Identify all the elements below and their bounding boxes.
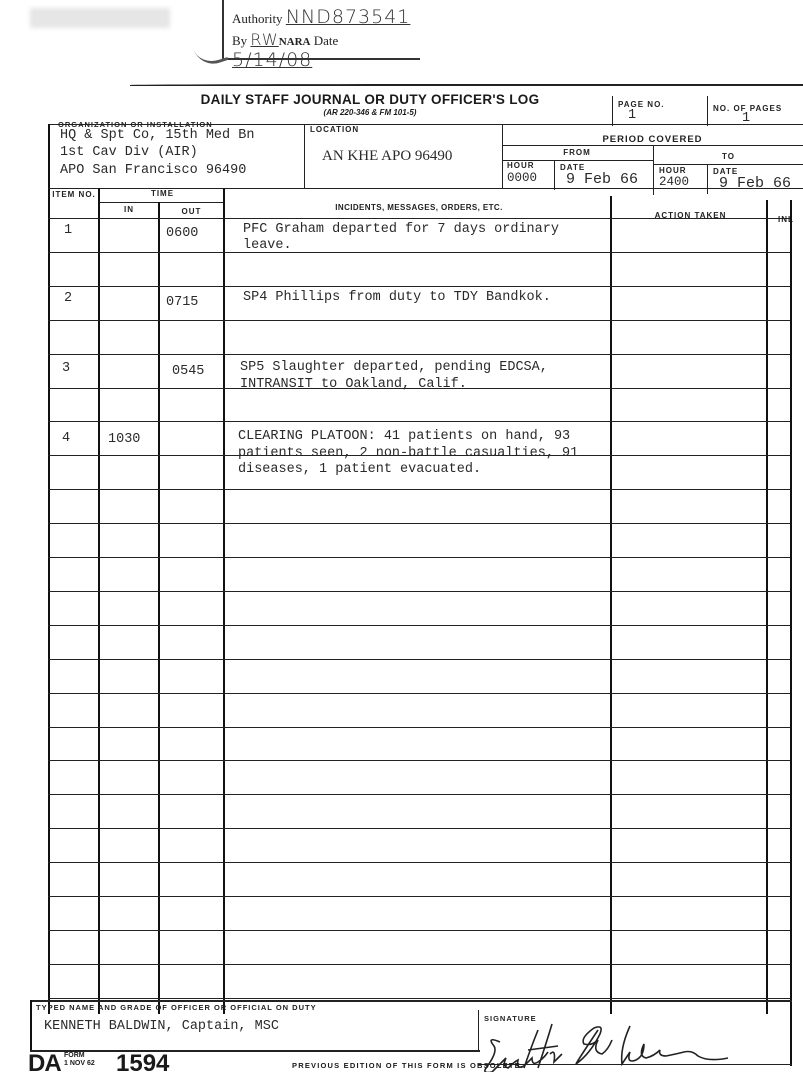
entry-3-out: 0545 bbox=[172, 364, 204, 379]
org-line-3: APO San Francisco 96490 bbox=[60, 163, 246, 178]
entry-4-line-3: diseases, 1 patient evacuated. bbox=[238, 462, 481, 477]
officer-name: KENNETH BALDWIN, Captain, MSC bbox=[44, 1019, 279, 1034]
divider bbox=[304, 124, 305, 188]
entry-1-line-2: leave. bbox=[243, 238, 292, 253]
row-rule bbox=[48, 794, 790, 795]
row-rule bbox=[48, 591, 790, 592]
column-rule bbox=[158, 202, 160, 1014]
right-border bbox=[790, 200, 792, 1066]
stamp-curl bbox=[193, 40, 228, 69]
title-rule bbox=[130, 84, 803, 86]
row-rule bbox=[48, 693, 790, 694]
row-rule bbox=[48, 625, 790, 626]
org-line-1: HQ & Spt Co, 15th Med Bn bbox=[60, 128, 254, 143]
out-header: OUT bbox=[158, 207, 225, 216]
entry-1-item: 1 bbox=[64, 223, 72, 238]
form-number: 1594 bbox=[116, 1050, 169, 1076]
rule bbox=[30, 1000, 792, 1002]
entry-4-line-2: patients seen, 2 non-battle casualties, … bbox=[238, 446, 578, 461]
org-line-2: 1st Cav Div (AIR) bbox=[60, 145, 198, 160]
row-rule bbox=[48, 354, 790, 355]
officer-label: TYPED NAME AND GRADE OF OFFICER OR OFFIC… bbox=[36, 1003, 317, 1012]
time-header: TIME bbox=[100, 189, 225, 198]
row-rule bbox=[48, 489, 790, 490]
divider bbox=[554, 160, 555, 190]
page-no-label: PAGE NO. bbox=[618, 100, 665, 109]
entry-4-in: 1030 bbox=[108, 432, 140, 447]
entry-2-out: 0715 bbox=[166, 295, 198, 310]
from-hour: 0000 bbox=[507, 171, 537, 185]
authority-label: Authority bbox=[232, 11, 283, 26]
row-rule bbox=[48, 964, 790, 965]
row-rule bbox=[48, 930, 790, 931]
incidents-header: INCIDENTS, MESSAGES, ORDERS, ETC. bbox=[225, 203, 613, 212]
entry-3-line-1: SP5 Slaughter departed, pending EDCSA, bbox=[240, 360, 548, 375]
from-date: 9 Feb 66 bbox=[566, 171, 638, 188]
by-label: By bbox=[232, 33, 247, 48]
row-rule bbox=[48, 421, 790, 422]
period-covered-label: PERIOD COVERED bbox=[502, 134, 803, 145]
to-date: 9 Feb 66 bbox=[719, 175, 791, 192]
by-initials: RW bbox=[250, 30, 278, 49]
in-header: IN bbox=[100, 205, 158, 214]
entry-4-item: 4 bbox=[62, 431, 70, 446]
form-prefix: DA bbox=[28, 1050, 61, 1076]
row-rule bbox=[48, 557, 790, 558]
entry-4-line-1: CLEARING PLATOON: 41 patients on hand, 9… bbox=[238, 429, 570, 444]
column-rule bbox=[98, 188, 100, 1014]
smudge bbox=[30, 8, 170, 28]
from-hour-label: HOUR bbox=[507, 161, 535, 170]
row-rule bbox=[48, 727, 790, 728]
column-rule bbox=[223, 188, 225, 1014]
date-label: Date bbox=[314, 33, 339, 48]
entry-3-line-2: INTRANSIT to Oakland, Calif. bbox=[240, 377, 467, 392]
left-border bbox=[30, 1000, 32, 1050]
divider bbox=[612, 96, 613, 126]
row-rule bbox=[48, 998, 790, 999]
page-no: 1 bbox=[628, 108, 636, 123]
form-word-and-date: FORM 1 NOV 62 bbox=[64, 1052, 95, 1068]
entry-1-line-1: PFC Graham departed for 7 days ordinary bbox=[243, 222, 559, 237]
rule bbox=[100, 202, 225, 203]
row-rule bbox=[48, 896, 790, 897]
row-rule bbox=[48, 659, 790, 660]
rule bbox=[30, 1050, 480, 1052]
form-regulation: (AR 220-346 & FM 101-5) bbox=[130, 108, 610, 117]
entry-3-item: 3 bbox=[62, 361, 70, 376]
divider bbox=[707, 164, 708, 194]
to-hour: 2400 bbox=[659, 175, 689, 189]
form-date: 1 NOV 62 bbox=[64, 1060, 95, 1068]
left-border bbox=[48, 124, 50, 1014]
agency: NARA bbox=[279, 36, 311, 48]
item-no-header: ITEM NO. bbox=[48, 190, 100, 200]
row-rule bbox=[48, 320, 790, 321]
row-rule bbox=[48, 252, 790, 253]
row-rule bbox=[48, 862, 790, 863]
previous-edition-note: PREVIOUS EDITION OF THIS FORM IS OBSOLET… bbox=[292, 1061, 524, 1070]
row-rule bbox=[48, 828, 790, 829]
row-rule bbox=[48, 760, 790, 761]
column-rule bbox=[766, 200, 768, 1014]
divider bbox=[707, 96, 708, 126]
date-value: 5/14/08 bbox=[232, 49, 312, 71]
authority-value: NND873541 bbox=[286, 6, 411, 28]
to-label: TO bbox=[654, 152, 803, 161]
entry-2-item: 2 bbox=[64, 291, 72, 306]
form-word: FORM bbox=[64, 1052, 95, 1060]
from-label: FROM bbox=[502, 148, 652, 157]
divider bbox=[478, 1010, 479, 1052]
rule bbox=[653, 164, 803, 165]
column-rule bbox=[610, 196, 612, 1014]
row-rule bbox=[48, 523, 790, 524]
form-title: DAILY STAFF JOURNAL OR DUTY OFFICER'S LO… bbox=[130, 92, 610, 107]
entry-1-out: 0600 bbox=[166, 226, 198, 241]
location-label: LOCATION bbox=[310, 125, 359, 134]
declassification-stamp: Authority NND873541 By RWNARA Date 5/14/… bbox=[222, 0, 420, 60]
entry-2-line-1: SP4 Phillips from duty to TDY Bandkok. bbox=[243, 290, 551, 305]
row-rule bbox=[48, 286, 790, 287]
location-value: AN KHE APO 96490 bbox=[322, 148, 452, 165]
to-hour-label: HOUR bbox=[659, 166, 687, 175]
row-rule bbox=[48, 218, 790, 219]
